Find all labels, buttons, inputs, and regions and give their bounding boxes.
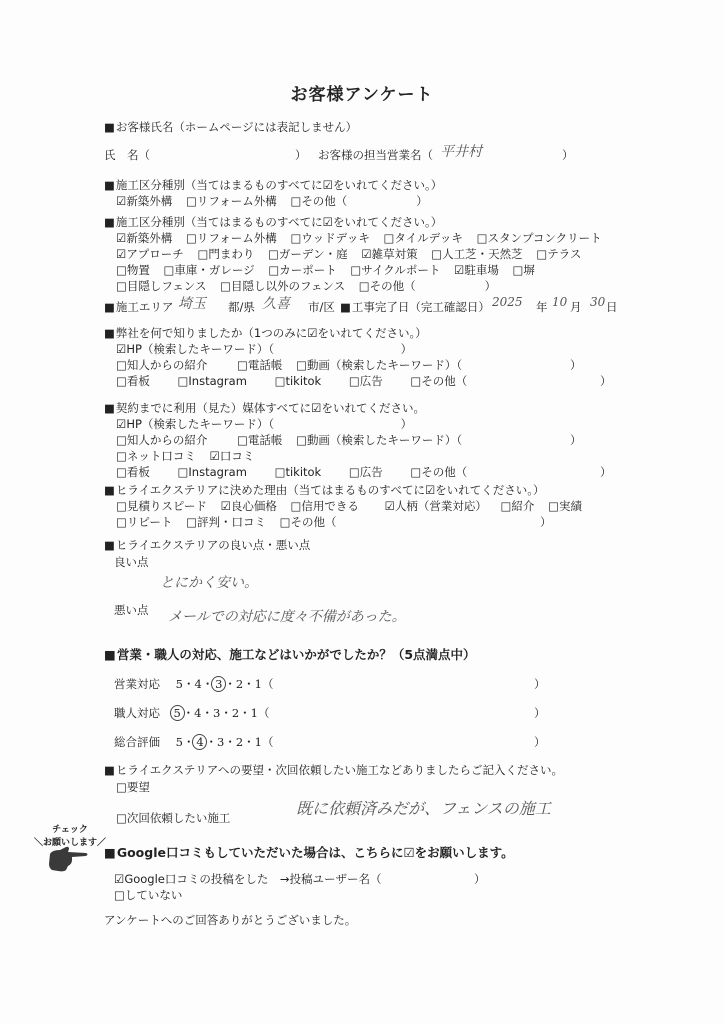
name-label: 氏 名（ [104,147,150,163]
prefecture-suffix: 都/県 [228,299,255,315]
sales-rep-close: ） [562,147,574,163]
rating-option-5[interactable]: 5 [176,735,183,749]
checkbox-referral[interactable]: 知人からの紹介 [116,432,207,448]
checkbox-wood-deck[interactable]: ウッドデッキ [290,230,369,246]
rating-option-1[interactable]: 1 [251,706,258,720]
rating-overall: 総合評価 5・4・3・2・1（ [114,734,273,750]
checkbox-google-posted[interactable]: Google口コミの投稿をした →投稿ユーザー名（ [114,871,382,887]
how-found-heading: 弊社を何で知りましたか（1つのみに☑をいれてください。） [104,325,427,341]
rating-option-4-selected[interactable]: 4 [192,734,207,750]
checkbox-storage[interactable]: 物置 [116,262,150,278]
rating-label: 営業対応 [114,677,160,691]
checkbox-hp[interactable]: HP（検索したキーワード）（ ） [116,341,412,357]
ratings-heading: 営業・職人の対応、施工などはいかがでしたか？（5点満点中） [104,645,476,663]
checkbox-terrace[interactable]: テラス [536,246,581,262]
category-row-3: 物置 車庫・ガレージ カーポート サイクルポート 駐車場 塀 [116,262,545,278]
media-row-2: 知人からの紹介 電話帳 動画（検索したキーワード）（ [116,432,472,448]
city-field[interactable]: 久喜 [262,293,290,313]
checkbox-cycleport[interactable]: サイクルポート [350,262,440,278]
checkbox-signboard[interactable]: 看板 [116,464,150,480]
checkbox-personality[interactable]: 人柄（営業対応） [385,498,487,514]
rating-option-1[interactable]: 1 [255,735,262,749]
other-close: ） [600,373,612,389]
checkbox-repeat[interactable]: リピート [116,514,172,530]
checkbox-weed-control[interactable]: 雑草対策 [361,246,417,262]
category-row-1: 新築外構 リフォーム外構 ウッドデッキ タイルデッキ スタンプコンクリート [116,230,612,246]
checkbox-approach[interactable]: アプローチ [116,246,184,262]
media-used-heading: 契約までに利用（見た）媒体すべてに☑をいれてください。 [104,400,425,416]
checkbox-other[interactable]: その他（ ） [359,278,496,294]
customer-heading: お客様氏名（ホームページには表記しません） [104,119,357,135]
checkbox-track-record[interactable]: 実績 [548,498,582,514]
name-close: ） [295,147,307,163]
construction-category-heading: 施工区分種別（当てはまるものすべてに☑をいれてください。） [104,214,442,230]
closing-message: アンケートへのご回答ありがとうございました。 [104,912,356,928]
good-bad-heading: ヒライエクステリアの良い点・悪い点 [104,537,310,553]
good-label: 良い点 [114,554,149,570]
checkbox-reputation[interactable]: 評判・口コミ [186,514,266,530]
media-row-4: 看板 Instagram tikitok 広告 その他（ [116,464,477,480]
checkbox-reform[interactable]: リフォーム外構 [186,193,277,209]
checkbox-referral[interactable]: 知人からの紹介 [116,357,207,373]
other-close: ） [600,464,612,480]
requests-heading: ヒライエクステリアへの要望・次回依頼したい施工などありましたらご記入ください。 [104,762,563,778]
year-suffix: 年 [536,299,548,315]
checkbox-garage[interactable]: 車庫・ガレージ [164,262,255,278]
video-close: ） [570,432,582,448]
checkbox-parking[interactable]: 駐車場 [454,262,499,278]
checkbox-tiktok[interactable]: tikitok [275,374,322,388]
checkbox-instagram[interactable]: Instagram [178,465,247,479]
construction-type-heading: 施工区分種別（当てはまるものすべてに☑をいれてください。） [104,177,442,193]
checkbox-carport[interactable]: カーポート [268,262,336,278]
checkbox-stamp-concrete[interactable]: スタンプコンクリート [477,230,602,246]
checkbox-new-build[interactable]: 新築外構 [116,193,172,209]
checkbox-instagram[interactable]: Instagram [178,374,247,388]
checkbox-other[interactable]: その他（ [410,373,467,389]
rating-option-3-selected[interactable]: 3 [211,676,226,692]
rating-label: 職人対応 [114,706,160,720]
checkbox-hp[interactable]: HP（検索したキーワード）（ ） [116,416,412,432]
rating-option-1[interactable]: 1 [255,677,262,691]
checkbox-next-work[interactable]: 次回依頼したい施工 [116,810,230,826]
checkbox-ad[interactable]: 広告 [349,373,383,389]
google-heading: Google口コミもしていただいた場合は、こちらに☑をお願いします。 [104,843,514,861]
checkbox-video[interactable]: 動画（検索したキーワード）（ [296,432,462,448]
reasons-heading: ヒライエクステリアに決めた理由（当てはまるものすべてに☑をいれてください。） [104,482,545,498]
other-close: ） [540,514,552,530]
bad-label: 悪い点 [114,602,149,618]
checkbox-request[interactable]: 要望 [116,779,150,795]
media-row-3: ネット口コミ 口コミ [116,448,264,464]
checkbox-phonebook[interactable]: 電話帳 [237,357,282,373]
rating-option-3[interactable]: 3 [213,706,220,720]
rating-option-2[interactable]: 2 [232,706,239,720]
year-field[interactable]: 2025 [492,295,523,309]
how-found-row-3: 看板 Instagram tikitok 広告 その他（ [116,373,477,389]
checkbox-privacy-fence[interactable]: 目隠しフェンス [116,278,206,294]
checkbox-tiktok[interactable]: tikitok [275,465,322,479]
checkbox-word-of-mouth[interactable]: 口コミ [210,448,255,464]
day-field[interactable]: 30 [590,295,605,309]
how-found-row-1: HP（検索したキーワード）（ ） [116,341,422,357]
video-close: ） [570,357,582,373]
month-field[interactable]: 10 [552,295,567,309]
checkbox-turf[interactable]: 人工芝・天然芝 [431,246,522,262]
checkbox-other[interactable]: その他（ ） [290,193,427,209]
checkbox-phonebook[interactable]: 電話帳 [237,432,282,448]
checkbox-garden[interactable]: ガーデン・庭 [268,246,348,262]
checkbox-wall[interactable]: 塀 [513,262,535,278]
checkbox-reform[interactable]: リフォーム外構 [186,230,277,246]
category-row-2: アプローチ 門まわり ガーデン・庭 雑草対策 人工芝・天然芝 テラス [116,246,591,262]
sales-rep-field[interactable]: 平井村 [440,141,482,161]
completion-label: 工事完了日（完工確認日） [340,299,490,315]
check-label-top: チェック [40,822,100,835]
checkbox-speed[interactable]: 見積りスピード [116,498,207,514]
sales-rep-label: お客様の担当営業名（ [318,147,433,163]
rating-option-5[interactable]: 5 [176,677,183,691]
good-field[interactable]: とにかく安い。 [160,572,258,592]
prefecture-field[interactable]: 埼玉 [178,293,206,313]
checkbox-ad[interactable]: 広告 [349,464,383,480]
reasons-row-1: 見積りスピード 良心価格 信用できる 人柄（営業対応） 紹介 実績 [116,498,592,514]
checkbox-video[interactable]: 動画（検索したキーワード）（ [296,357,462,373]
reasons-row-2: リピート 評判・口コミ その他（ [116,514,346,530]
rating-option-2[interactable]: 2 [236,677,243,691]
how-found-row-2: 知人からの紹介 電話帳 動画（検索したキーワード）（ [116,357,472,373]
checkbox-tile-deck[interactable]: タイルデッキ [384,230,463,246]
city-suffix: 市/区 [308,299,335,315]
rating-option-4[interactable]: 4 [194,706,201,720]
checkbox-gate[interactable]: 門まわり [197,246,254,262]
checkbox-other[interactable]: その他（ [280,514,337,530]
category-row-4: 目隠しフェンス 目隠し以外のフェンス その他（ ） [116,278,506,294]
rating-option-4[interactable]: 4 [194,677,201,691]
checkbox-new-build[interactable]: 新築外構 [116,230,172,246]
checkbox-net-review[interactable]: ネット口コミ [116,448,196,464]
media-row-1: HP（検索したキーワード）（ ） [116,416,422,432]
rating-sales: 営業対応 5・4・3・2・1（ [114,676,273,692]
bad-field[interactable]: メールでの対応に度々不備があった。 [168,606,406,626]
checkbox-signboard[interactable]: 看板 [116,373,150,389]
checkbox-referral[interactable]: 紹介 [501,498,535,514]
rating-option-3[interactable]: 3 [217,735,224,749]
checkbox-fair-price[interactable]: 良心価格 [221,498,277,514]
checkbox-trust[interactable]: 信用できる [291,498,359,514]
rating-label: 総合評価 [114,735,160,749]
rating-option-5-selected[interactable]: 5 [170,705,185,721]
day-suffix: 日 [606,299,618,315]
checkbox-other-fence[interactable]: 目隠し以外のフェンス [220,278,345,294]
rating-option-2[interactable]: 2 [236,735,243,749]
next-work-field[interactable]: 既に依頼済みだが、フェンスの施工 [296,796,551,819]
checkbox-other[interactable]: その他（ [410,464,467,480]
page-title: お客様アンケート [0,80,724,105]
rating-craftsman: 職人対応 5・4・3・2・1（ [114,705,269,721]
area-label: 施工エリア [104,299,173,315]
pointing-hand-icon [48,846,90,872]
checkbox-google-not-posted[interactable]: していない [114,887,182,903]
construction-type-options: 新築外構 リフォーム外構 その他（ ） [116,193,438,209]
month-suffix: 月 [570,299,582,315]
